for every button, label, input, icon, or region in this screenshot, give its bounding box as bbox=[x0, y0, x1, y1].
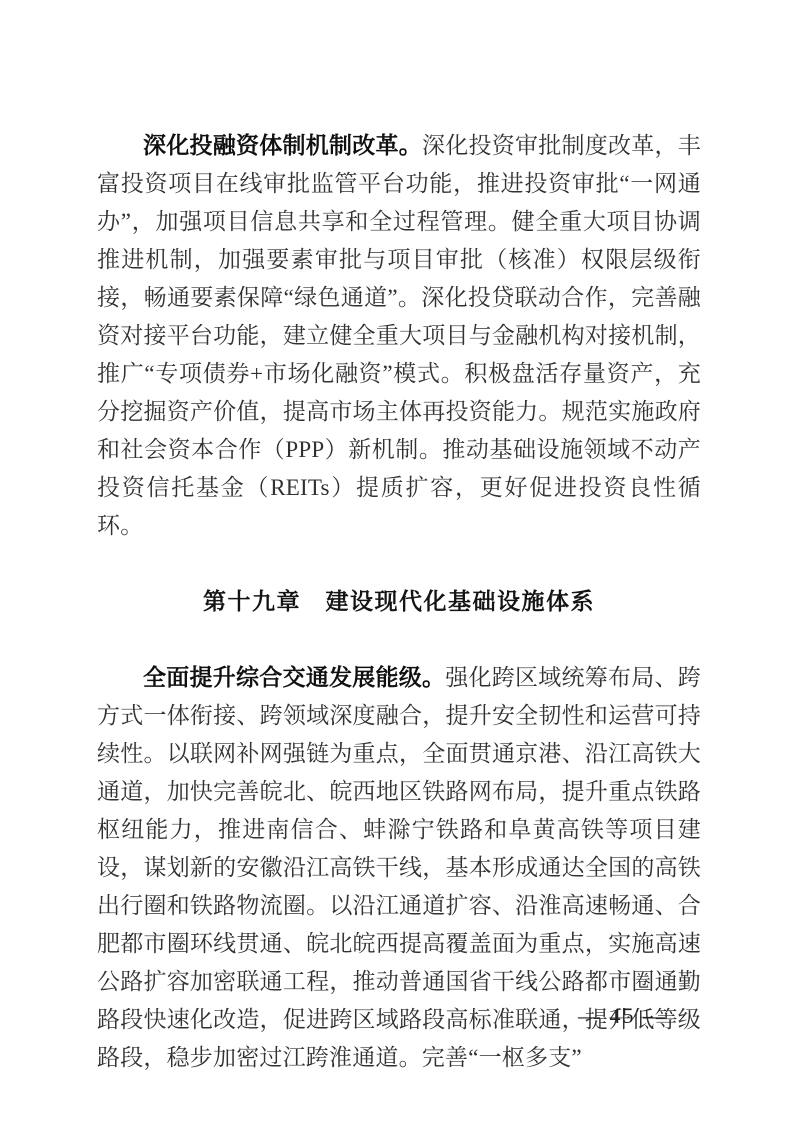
paragraph-text: 深化投资审批制度改革，丰富投资项目在线审批监管平台功能，推进投资审批“一网通办”… bbox=[97, 133, 701, 538]
paragraph-investment-financing-reform: 深化投融资体制机制改革。深化投资审批制度改革，丰富投资项目在线审批监管平台功能，… bbox=[97, 127, 701, 545]
paragraph-lead-bold: 全面提升综合交通发展能级。 bbox=[143, 665, 445, 690]
chapter-heading: 第十九章 建设现代化基础设施体系 bbox=[97, 582, 701, 620]
document-page: 深化投融资体制机制改革。深化投资审批制度改革，丰富投资项目在线审批监管平台功能，… bbox=[0, 0, 794, 1123]
paragraph-lead-bold: 深化投融资体制机制改革。 bbox=[143, 133, 422, 158]
document-body: 深化投融资体制机制改革。深化投资审批制度改革，丰富投资项目在线审批监管平台功能，… bbox=[97, 127, 701, 1077]
page-number: — 45 — bbox=[578, 997, 667, 1035]
